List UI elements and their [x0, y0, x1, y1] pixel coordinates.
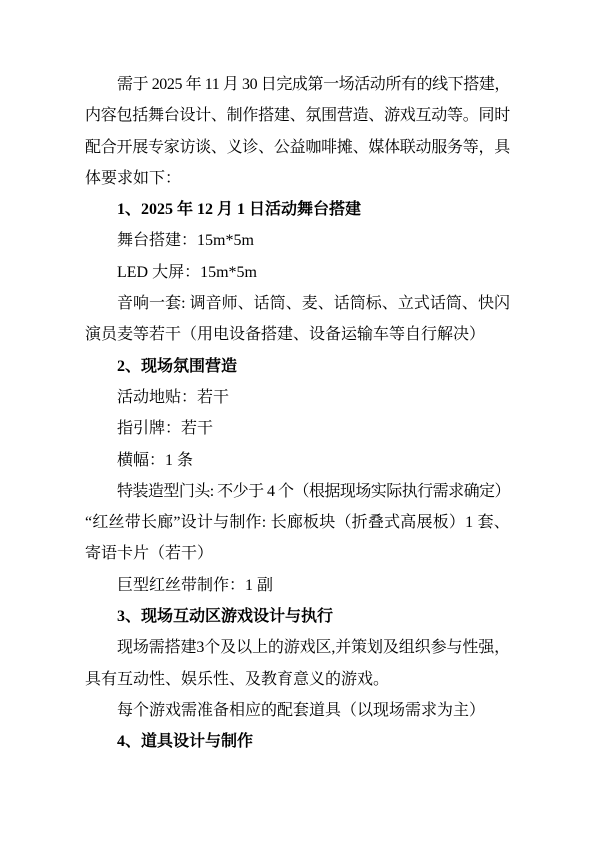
doc-line-text: 3、现场互动区游戏设计与执行 [117, 601, 333, 632]
doc-line-text: 寄语卡片（若干） [85, 538, 213, 569]
doc-line-text: 4、道具设计与制作 [117, 726, 253, 757]
doc-line-text: 内容包括舞台设计、制作搭建、氛围营造、游戏互动等。同时 [85, 100, 510, 131]
doc-line-text: 指引牌：若干 [117, 413, 213, 444]
doc-line-text: 需于 2025 年 11 月 30 日完成第一场活动所有的线下搭建， [117, 69, 510, 100]
doc-line-text: 具有互动性、娱乐性、及教育意义的游戏。 [85, 664, 389, 695]
doc-line-text: LED 大屏：15m*5m [117, 257, 257, 288]
doc-text-line: 活动地贴：若干 [85, 382, 510, 413]
doc-line-text: 配合开展专家访谈、义诊、公益咖啡摊、媒体联动服务等，具 [85, 132, 510, 163]
section-heading: 1、2025 年 12 月 1 日活动舞台搭建 [85, 194, 510, 225]
doc-text-line: 巨型红丝带制作：1 副 [85, 570, 510, 601]
doc-line-text: 特装造型门头: 不少于 4 个（根据现场实际执行需求确定） [117, 476, 510, 507]
doc-line-text: 活动地贴：若干 [117, 382, 229, 413]
doc-line-text: 巨型红丝带制作：1 副 [117, 570, 273, 601]
doc-line-text: 演员麦等若干（用电设备搭建、设备运输车等自行解决） [85, 319, 485, 350]
doc-line-text: 横幅：1 条 [117, 445, 193, 476]
doc-line-text: “红丝带长廊”设计与制作: 长廊板块（折叠式高展板）1 套、 [85, 507, 510, 538]
doc-text-line: 音响一套: 调音师、话筒、麦、话筒标、立式话筒、快闪 [85, 288, 510, 319]
doc-text-line: “红丝带长廊”设计与制作: 长廊板块（折叠式高展板）1 套、 [85, 507, 510, 538]
doc-text-line: 舞台搭建：15m*5m [85, 225, 510, 256]
doc-text-line: 寄语卡片（若干） [85, 538, 510, 569]
section-heading: 2、现场氛围营造 [85, 351, 510, 382]
document-body: 需于 2025 年 11 月 30 日完成第一场活动所有的线下搭建，内容包括舞台… [85, 69, 510, 758]
doc-text-line: 指引牌：若干 [85, 413, 510, 444]
doc-text-line: 现场需搭建3个及以上的游戏区,并策划及组织参与性强， [85, 632, 510, 663]
doc-text-line: 具有互动性、娱乐性、及教育意义的游戏。 [85, 664, 510, 695]
doc-line-text: 体要求如下： [85, 163, 181, 194]
doc-text-line: 体要求如下： [85, 163, 510, 194]
doc-line-text: 1、2025 年 12 月 1 日活动舞台搭建 [117, 194, 361, 225]
doc-text-line: 配合开展专家访谈、义诊、公益咖啡摊、媒体联动服务等，具 [85, 132, 510, 163]
doc-line-text: 2、现场氛围营造 [117, 351, 237, 382]
doc-text-line: 演员麦等若干（用电设备搭建、设备运输车等自行解决） [85, 319, 510, 350]
doc-line-text: 音响一套: 调音师、话筒、麦、话筒标、立式话筒、快闪 [117, 288, 510, 319]
doc-line-text: 舞台搭建：15m*5m [117, 225, 254, 256]
doc-line-text: 每个游戏需准备相应的配套道具（以现场需求为主） [117, 695, 485, 726]
doc-text-line: 需于 2025 年 11 月 30 日完成第一场活动所有的线下搭建， [85, 69, 510, 100]
section-heading: 4、道具设计与制作 [85, 726, 510, 757]
doc-text-line: 特装造型门头: 不少于 4 个（根据现场实际执行需求确定） [85, 476, 510, 507]
doc-text-line: 内容包括舞台设计、制作搭建、氛围营造、游戏互动等。同时 [85, 100, 510, 131]
doc-line-text: 现场需搭建3个及以上的游戏区,并策划及组织参与性强， [117, 632, 510, 663]
section-heading: 3、现场互动区游戏设计与执行 [85, 601, 510, 632]
document-page: 需于 2025 年 11 月 30 日完成第一场活动所有的线下搭建，内容包括舞台… [0, 0, 595, 841]
doc-text-line: LED 大屏：15m*5m [85, 257, 510, 288]
doc-text-line: 横幅：1 条 [85, 445, 510, 476]
doc-text-line: 每个游戏需准备相应的配套道具（以现场需求为主） [85, 695, 510, 726]
